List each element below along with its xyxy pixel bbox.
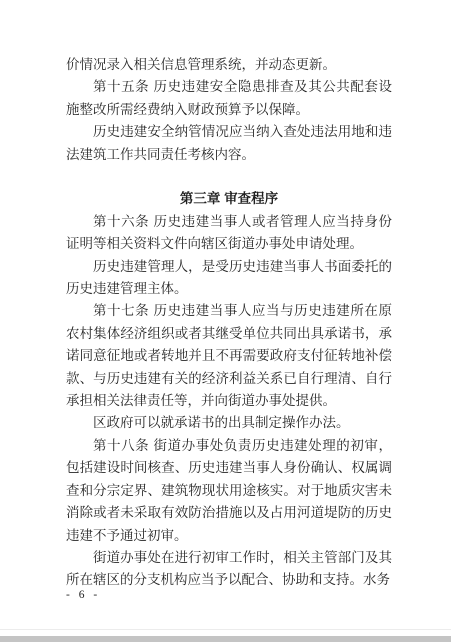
page-number: - 6 - <box>66 589 100 601</box>
paragraph-article-16: 第十六条 历史违建当事人或者管理人应当持身份证明等相关资料文件向辖区街道办事处申… <box>66 211 392 256</box>
chapter-heading: 第三章 审查程序 <box>66 188 392 210</box>
paragraph: 历史违建安全纳管情况应当纳入查处违法用地和违法建筑工作共同责任考核内容。 <box>66 121 392 166</box>
paragraph-article-18: 第十八条 街道办事处负责历史违建处理的初审，包括建设时间核查、历史违建当事人身份… <box>66 435 392 547</box>
paragraph-continuation: 价情况录入相关信息管理系统，并动态更新。 <box>66 54 392 76</box>
paragraph-article-15: 第十五条 历史违建安全隐患排查及其公共配套设施整改所需经费纳入财政预算予以保障。 <box>66 76 392 121</box>
document-page: 价情况录入相关信息管理系统，并动态更新。 第十五条 历史违建安全隐患排查及其公共… <box>66 54 392 592</box>
page-bottom-shadow-line <box>0 629 451 630</box>
paragraph-article-17: 第十七条 历史违建当事人应当与历史违建所在原农村集体经济组织或者其继受单位共同出… <box>66 300 392 412</box>
paragraph: 街道办事处在进行初审工作时，相关主管部门及其所在辖区的分支机构应当予以配合、协助… <box>66 547 392 592</box>
viewer-background-strip <box>0 636 451 642</box>
paragraph: 历史违建管理人，是受历史违建当事人书面委托的历史违建管理主体。 <box>66 256 392 301</box>
paragraph: 区政府可以就承诺书的出具制定操作办法。 <box>66 412 392 434</box>
